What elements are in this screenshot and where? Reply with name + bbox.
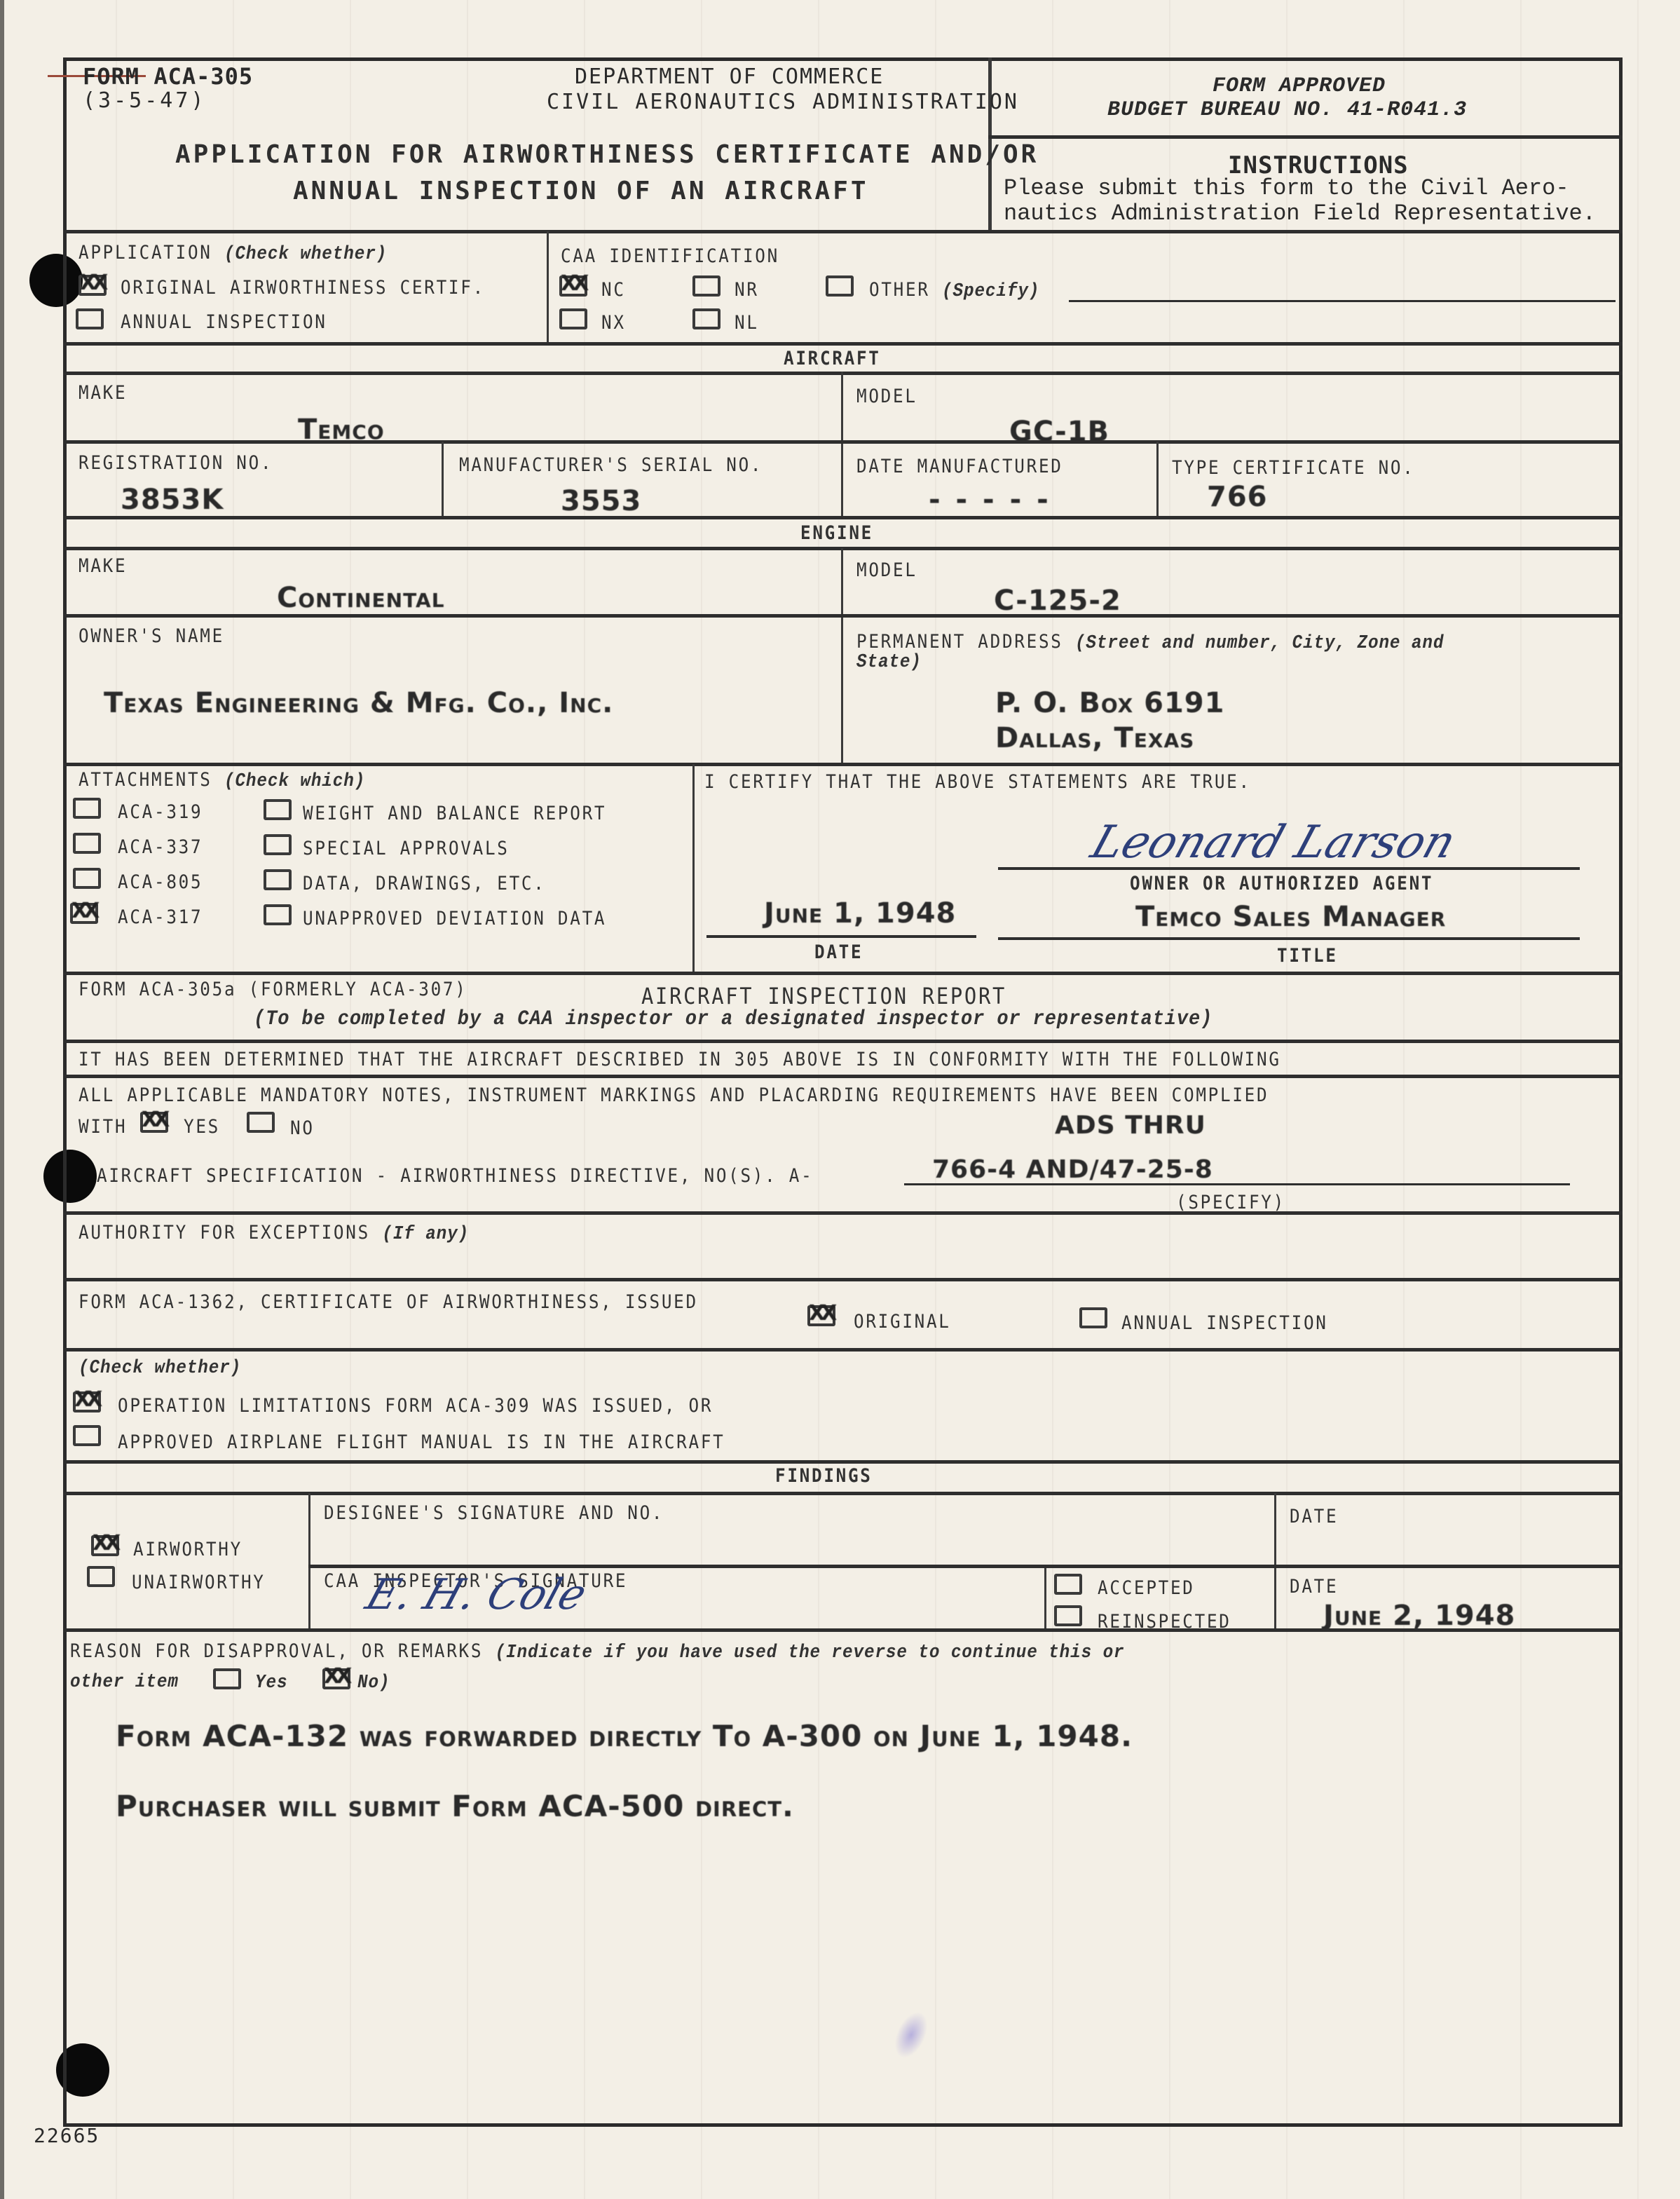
report-title-rule <box>63 1040 1623 1043</box>
date-manufactured-label: DATE MANUFACTURED <box>856 456 1063 477</box>
owner-row-rule <box>63 763 1623 766</box>
engine-model-label: MODEL <box>856 559 917 581</box>
attachment-data-drawings: DATA, DRAWINGS, ETC. <box>303 873 546 894</box>
authority-label-note: (If any) <box>382 1224 469 1245</box>
signature-caption: OWNER OR AUTHORIZED AGENT <box>1130 873 1433 894</box>
application-label-note: (Check whether) <box>224 244 387 265</box>
checkbox-nr[interactable] <box>692 275 721 297</box>
serial-label: MANUFACTURER'S SERIAL NO. <box>459 454 763 476</box>
form-title-line1: APPLICATION FOR AIRWORTHINESS CERTIFICAT… <box>175 140 1039 169</box>
engine-make-label: MAKE <box>78 555 127 577</box>
attachment-aca-805: ACA-805 <box>118 871 203 893</box>
instructions-line1: Please submit this form to the Civil Aer… <box>1004 175 1569 201</box>
title-caption: TITLE <box>1277 945 1338 967</box>
designee-date-label: DATE <box>1290 1506 1338 1527</box>
attachment-weight-balance: WEIGHT AND BALANCE REPORT <box>303 803 606 824</box>
checkbox-special-approvals[interactable] <box>264 834 292 855</box>
attachment-unapproved-deviation: UNAPPROVED DEVIATION DATA <box>303 908 606 930</box>
authority-label: AUTHORITY FOR EXCEPTIONS (If any) <box>78 1222 469 1245</box>
department-name: DEPARTMENT OF COMMERCE <box>575 64 884 89</box>
spec-label: AIRCRAFT SPECIFICATION - AIRWORTHINESS D… <box>97 1165 813 1187</box>
aircraft-row1-rule <box>63 440 1623 444</box>
checkbox-airworthy[interactable] <box>91 1535 119 1556</box>
option-nc: NC <box>601 279 626 301</box>
aircraft-model-label: MODEL <box>856 386 917 407</box>
checkbox-operation-limitations[interactable] <box>73 1391 101 1412</box>
document-number: 22665 <box>34 2124 100 2147</box>
checkbox-unairworthy[interactable] <box>87 1566 115 1587</box>
application-label: APPLICATION (Check whether) <box>78 242 387 265</box>
registration-label: REGISTRATION NO. <box>78 452 273 474</box>
findings-title-rule <box>63 1492 1623 1495</box>
address-line1: P. O. Box 6191 <box>995 687 1224 719</box>
remarks-other-item: other item <box>70 1672 179 1693</box>
option-nr: NR <box>735 279 759 301</box>
remarks-label-text: REASON FOR DISAPPROVAL, OR REMARKS <box>70 1640 483 1662</box>
spec-rule <box>63 1211 1623 1215</box>
complied-with-label: WITH <box>78 1116 127 1138</box>
operation-limitations-label: OPERATION LIMITATIONS FORM ACA-309 WAS I… <box>118 1395 713 1417</box>
checkbox-nc[interactable] <box>559 275 587 297</box>
authority-rule <box>63 1278 1623 1281</box>
header-right-split <box>988 135 1623 139</box>
checkbox-aca-317[interactable] <box>70 903 98 924</box>
date-manufactured-value: - - - - - <box>929 484 1051 516</box>
attachment-special-approvals: SPECIAL APPROVALS <box>303 838 510 859</box>
checkbox-aca-319[interactable] <box>73 798 101 819</box>
form-number: FORM ACA-305 <box>83 63 253 90</box>
attachment-aca-337: ACA-337 <box>118 836 203 858</box>
accepted-label: ACCEPTED <box>1098 1577 1195 1599</box>
reverse-no-label: No) <box>357 1673 390 1694</box>
engine-section-title: ENGINE <box>800 522 873 544</box>
spec-caption: (SPECIFY) <box>1176 1192 1285 1213</box>
owner-name-value: Texas Engineering & Mfg. Co., Inc. <box>104 687 613 719</box>
findings-section-title: FINDINGS <box>775 1465 873 1487</box>
checkbox-aca-805[interactable] <box>73 868 101 889</box>
option-nx: NX <box>601 312 626 334</box>
attachments-row-rule <box>63 972 1623 975</box>
authority-label-text: AUTHORITY FOR EXCEPTIONS <box>78 1222 370 1244</box>
checkbox-complied-no[interactable] <box>247 1112 275 1133</box>
conformity-rule <box>63 1075 1623 1078</box>
checkbox-original-airworthiness[interactable] <box>78 275 107 296</box>
attachments-divider <box>692 764 695 973</box>
checkbox-reverse-no[interactable] <box>322 1668 350 1689</box>
inspector-signature: E. H. Cole <box>360 1570 593 1619</box>
signature-line <box>998 867 1580 870</box>
checkbox-reinspected[interactable] <box>1054 1605 1082 1626</box>
remarks-line-2: Purchaser will submit Form ACA-500 direc… <box>116 1789 794 1823</box>
budget-bureau-number: BUDGET BUREAU NO. 41-R041.3 <box>1107 98 1467 122</box>
form-305a-reference: FORM ACA-305a (FORMERLY ACA-307) <box>78 979 467 1000</box>
engine-model-value: C-125-2 <box>994 585 1121 617</box>
checkbox-data-drawings[interactable] <box>264 869 292 890</box>
inspector-date-value: June 2, 1948 <box>1323 1600 1515 1632</box>
date-line <box>706 935 976 938</box>
certification-date: June 1, 1948 <box>764 897 956 930</box>
other-specify-line <box>1069 300 1616 302</box>
header-bottom-rule <box>63 230 1623 233</box>
checkbox-certificate-original[interactable] <box>807 1305 835 1326</box>
complied-yes-label: YES <box>184 1116 220 1138</box>
remarks-label: REASON FOR DISAPPROVAL, OR REMARKS (Indi… <box>70 1640 1125 1663</box>
airworthy-label: AIRWORTHY <box>133 1539 243 1560</box>
checkbox-aca-337[interactable] <box>73 833 101 854</box>
option-other-text: OTHER <box>869 279 930 301</box>
findings-date-divider <box>1274 1493 1276 1630</box>
registration-value: 3853K <box>121 484 224 516</box>
checkbox-flight-manual[interactable] <box>73 1425 101 1446</box>
aircraft-make-divider <box>841 372 843 519</box>
engine-make-value: Continental <box>277 582 445 614</box>
checkbox-annual-inspection[interactable] <box>76 308 104 329</box>
caa-identification-label: CAA IDENTIFICATION <box>561 245 779 267</box>
agency-name: CIVIL AERONAUTICS ADMINISTRATION <box>547 90 1019 114</box>
conformity-statement: IT HAS BEEN DETERMINED THAT THE AIRCRAFT… <box>78 1049 1281 1070</box>
certificate-rule <box>63 1348 1623 1352</box>
option-annual-inspection: ANNUAL INSPECTION <box>121 311 327 333</box>
reverse-yes-label: Yes <box>255 1673 287 1694</box>
inspector-date-label: DATE <box>1290 1576 1338 1598</box>
certificate-annual-label: ANNUAL INSPECTION <box>1121 1312 1328 1334</box>
checkbox-reverse-yes[interactable] <box>213 1668 241 1689</box>
checkbox-nl[interactable] <box>692 308 721 329</box>
checkbox-complied-yes[interactable] <box>140 1112 168 1133</box>
certification-statement: I CERTIFY THAT THE ABOVE STATEMENTS ARE … <box>704 771 1251 793</box>
findings-bottom-rule <box>63 1628 1623 1632</box>
engine-divider <box>841 548 843 764</box>
option-other: OTHER (Specify) <box>869 279 1039 302</box>
certificate-issued-label: FORM ACA-1362, CERTIFICATE OF AIRWORTHIN… <box>78 1291 698 1313</box>
date-caption: DATE <box>814 941 863 963</box>
inspection-report-title: AIRCRAFT INSPECTION REPORT <box>641 983 1006 1009</box>
unairworthy-label: UNAIRWORTHY <box>132 1572 266 1593</box>
type-certificate-value: 766 <box>1207 481 1268 513</box>
serial-value: 3553 <box>561 485 641 517</box>
option-other-note: (Specify) <box>942 281 1039 302</box>
aircraft-row2-rule <box>63 516 1623 519</box>
form-revision-date: (3-5-47) <box>83 88 207 113</box>
mandatory-notes-statement: ALL APPLICABLE MANDATORY NOTES, INSTRUME… <box>78 1084 1269 1106</box>
application-label-text: APPLICATION <box>78 242 212 264</box>
application-divider <box>547 231 549 343</box>
engine-row-rule <box>63 614 1623 618</box>
inspection-report-subtitle: (To be completed by a CAA inspector or a… <box>254 1007 1213 1031</box>
application-bottom-rule <box>63 342 1623 346</box>
address-line2: Dallas, Texas <box>995 722 1194 754</box>
findings-mid-rule <box>308 1565 1623 1568</box>
owner-signature: Leonard Larson <box>1085 817 1462 869</box>
certification-title: Temco Sales Manager <box>1135 901 1446 933</box>
option-original-airworthiness: ORIGINAL AIRWORTHINESS CERTIF. <box>121 277 485 299</box>
address-label-text: PERMANENT ADDRESS <box>856 631 1063 653</box>
owner-name-label: OWNER'S NAME <box>78 625 224 647</box>
type-certificate-label: TYPE CERTIFICATE NO. <box>1172 457 1415 479</box>
registration-divider <box>442 442 444 517</box>
checkbox-unapproved-deviation[interactable] <box>264 904 292 925</box>
title-line <box>998 937 1580 940</box>
address-label-note: (Street and number, City, Zone and <box>1075 633 1444 654</box>
checkbox-accepted[interactable] <box>1054 1574 1082 1595</box>
form-approved-label: FORM APPROVED <box>1213 74 1386 98</box>
form-title-line2: ANNUAL INSPECTION OF AN AIRCRAFT <box>293 177 869 205</box>
check-whether-label: (Check whether) <box>78 1358 241 1379</box>
attachments-label: ATTACHMENTS (Check which) <box>78 769 365 792</box>
checkbox-other[interactable] <box>826 275 854 297</box>
findings-accepted-divider <box>1044 1566 1046 1630</box>
attachment-aca-319: ACA-319 <box>118 801 203 823</box>
checkbox-certificate-annual[interactable] <box>1079 1307 1107 1328</box>
checkbox-nx[interactable] <box>559 308 587 329</box>
designee-signature-label: DESIGNEE'S SIGNATURE AND NO. <box>324 1502 664 1524</box>
remarks-line-1: Form ACA-132 was forwarded directly To A… <box>116 1719 1133 1753</box>
address-label: PERMANENT ADDRESS (Street and number, Ci… <box>856 631 1444 654</box>
spec-value-above: ADS THRU <box>1055 1111 1206 1140</box>
checkbox-weight-balance[interactable] <box>264 799 292 820</box>
attachments-label-note: (Check which) <box>224 771 365 792</box>
attachment-aca-317: ACA-317 <box>118 906 203 928</box>
date-manufactured-divider <box>1156 442 1159 517</box>
certificate-original-label: ORIGINAL <box>854 1311 951 1333</box>
address-label-note-line2: State) <box>856 652 922 673</box>
flight-manual-label: APPROVED AIRPLANE FLIGHT MANUAL IS IN TH… <box>118 1431 725 1453</box>
check-whether-rule <box>63 1460 1623 1464</box>
remarks-label-note: (Indicate if you have used the reverse t… <box>496 1642 1125 1663</box>
spec-underline <box>904 1183 1570 1185</box>
option-nl: NL <box>735 312 759 334</box>
complied-no-label: NO <box>290 1117 315 1139</box>
aircraft-make-label: MAKE <box>78 382 127 404</box>
attachments-label-text: ATTACHMENTS <box>78 769 212 791</box>
findings-left-divider <box>308 1493 310 1630</box>
spec-value: 766-4 AND/47-25-8 <box>932 1155 1213 1184</box>
aircraft-section-title: AIRCRAFT <box>784 348 881 369</box>
instructions-line2: nautics Administration Field Representat… <box>1004 200 1596 226</box>
